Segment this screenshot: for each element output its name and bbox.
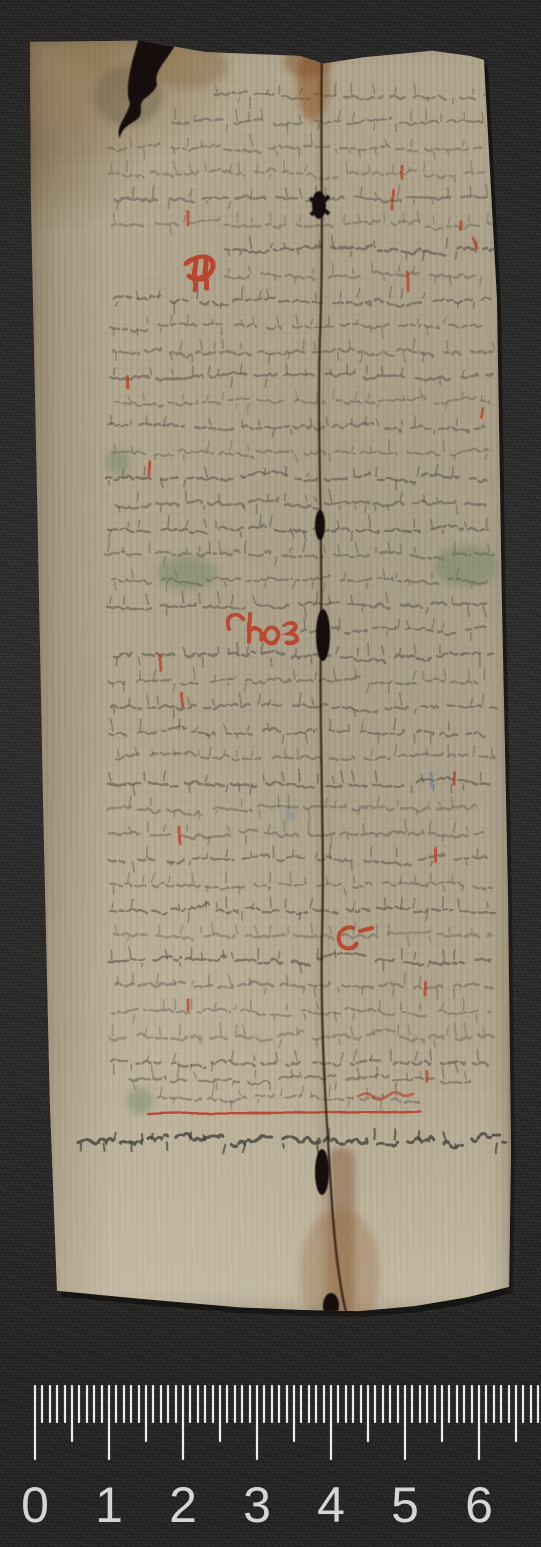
text-line: [173, 118, 482, 126]
text-line: [110, 1030, 494, 1041]
ruler-tick: [293, 1385, 295, 1442]
ruler-tick: [241, 1385, 243, 1423]
ruler-tick: [323, 1385, 325, 1423]
text-line: [111, 219, 495, 230]
ruler-tick: [345, 1385, 347, 1423]
ruler-tick: [426, 1385, 428, 1423]
text-line: [109, 676, 477, 684]
ruler-tick: [508, 1385, 510, 1423]
text-line: [215, 91, 485, 100]
ruler-tick: [93, 1385, 95, 1423]
ruler-tick: [278, 1385, 280, 1423]
ruler-tick: [419, 1385, 421, 1423]
text-line-extenders: [113, 211, 488, 234]
ruler-tick: [197, 1385, 199, 1423]
ruler-tick: [389, 1385, 391, 1423]
ruler-label-6: 6: [465, 1480, 493, 1530]
ruler-tick: [456, 1385, 458, 1423]
ruler-tick: [108, 1385, 110, 1460]
ruler-tick: [167, 1385, 169, 1423]
text-line: [114, 652, 495, 662]
ruler-tick: [500, 1385, 502, 1423]
ruler-tick: [34, 1385, 36, 1460]
ruler-tick: [397, 1385, 399, 1423]
text-line: [111, 372, 493, 381]
ruler-tick: [515, 1385, 517, 1442]
text-line: [109, 726, 483, 736]
green-stain: [106, 450, 130, 474]
red-initial-large: [186, 256, 213, 290]
text-line-extenders: [109, 770, 482, 795]
text-line-extenders: [161, 1084, 397, 1110]
ruler-tick: [537, 1385, 539, 1423]
text-line: [115, 499, 486, 509]
ruler-label-3: 3: [243, 1480, 271, 1530]
ruler-tick: [471, 1385, 473, 1423]
ruler-tick: [130, 1385, 132, 1423]
text-line: [111, 1009, 493, 1017]
ruler-tick: [493, 1385, 495, 1423]
ruler-tick: [382, 1385, 384, 1423]
text-line: [109, 169, 484, 179]
ruler-tick: [530, 1385, 532, 1423]
text-line-extenders: [108, 465, 453, 489]
ruler-tick: [249, 1385, 251, 1423]
ruler-tick: [71, 1385, 73, 1442]
ruler-label-2: 2: [169, 1480, 197, 1530]
ruler-tick: [56, 1385, 58, 1423]
text-line: [111, 882, 492, 889]
text-line: [115, 931, 492, 941]
text-line: [108, 525, 487, 534]
ruler-tick: [256, 1385, 258, 1460]
rubrication: [128, 166, 482, 1114]
ruler-tick: [367, 1385, 369, 1442]
text-line: [110, 323, 482, 331]
text-line-extenders: [116, 287, 474, 313]
text-line: [225, 273, 478, 281]
text-line-extenders: [116, 185, 488, 209]
ruler-tick: [64, 1385, 66, 1423]
ruler-tick: [434, 1385, 436, 1423]
ruler-label-5: 5: [391, 1480, 419, 1530]
handwriting-layer: [28, 38, 512, 1315]
ruler-tick: [86, 1385, 88, 1423]
ruler-tick: [352, 1385, 354, 1423]
ruler-tick: [175, 1385, 177, 1423]
red-underline: [148, 1111, 420, 1114]
ruler-tick: [404, 1385, 406, 1460]
ruler-tick: [315, 1385, 317, 1423]
ruler-tick: [463, 1385, 465, 1423]
text-line-extenders: [111, 948, 455, 973]
green-stain: [127, 1087, 153, 1115]
ruler-tick: [441, 1385, 443, 1442]
text-line-extenders: [114, 1049, 479, 1075]
text-line-extenders: [118, 490, 457, 513]
ruler-tick: [219, 1385, 221, 1442]
red-mark: [473, 238, 476, 247]
ruler-tick: [49, 1385, 51, 1423]
green-stain: [157, 556, 217, 590]
ruler-tick: [138, 1385, 140, 1423]
ruler-tick: [101, 1385, 103, 1423]
ruler-tick: [160, 1385, 162, 1423]
text-line: [115, 396, 489, 406]
green-stain: [435, 545, 497, 587]
ruler-tick: [145, 1385, 147, 1442]
ruler-label-4: 4: [317, 1480, 345, 1530]
red-word: [228, 614, 297, 644]
ruler-tick: [204, 1385, 206, 1423]
handwriting-lines: [78, 83, 506, 1154]
parchment-fragment: [28, 38, 512, 1315]
stains: [106, 450, 497, 1115]
ruler-tick: [182, 1385, 184, 1460]
text-line: [109, 903, 496, 915]
text-line: [114, 195, 497, 203]
ruler-tick: [123, 1385, 125, 1423]
ruler-tick: [286, 1385, 288, 1423]
text-line-extenders: [112, 160, 472, 183]
manuscript-photo: 0 1 2 3 4 5 6: [0, 0, 541, 1547]
teal-stain: [285, 811, 295, 819]
ruler-tick: [308, 1385, 310, 1423]
text-line: [112, 703, 497, 711]
text-line: [113, 449, 488, 458]
ruler-tick: [271, 1385, 273, 1423]
ruler-tick: [234, 1385, 236, 1423]
text-line: [110, 423, 485, 432]
text-line-extenders: [133, 1066, 465, 1090]
ruler-label-1: 1: [95, 1480, 123, 1530]
text-line: [115, 751, 494, 760]
text-line: [114, 296, 494, 307]
ruler-tick: [478, 1385, 480, 1460]
text-line: [108, 143, 485, 153]
text-line: [106, 602, 486, 610]
ruler-label-0: 0: [21, 1480, 49, 1530]
ruler-tick: [212, 1385, 214, 1423]
ruler-tick: [360, 1385, 362, 1423]
ruler-tick: [330, 1385, 332, 1460]
